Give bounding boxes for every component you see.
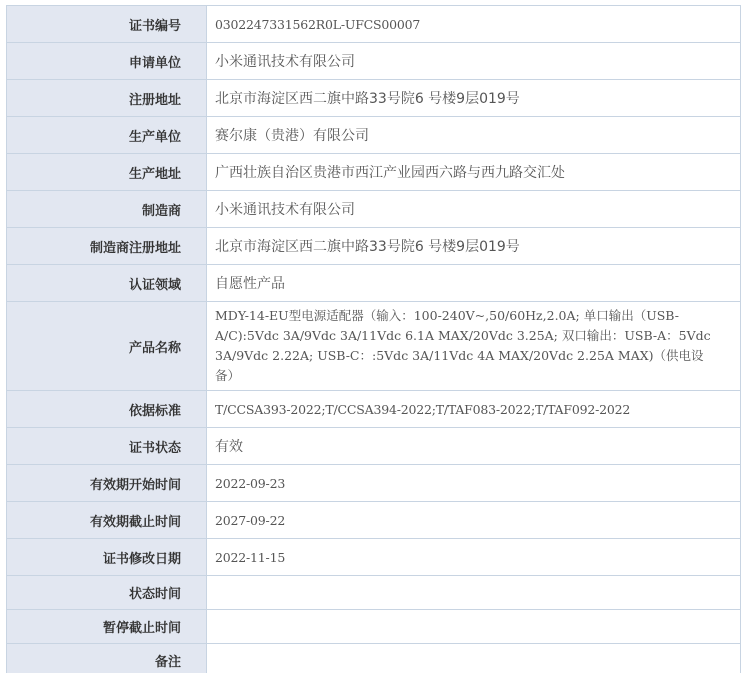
row-valid-from: 有效期开始时间 2022-09-23	[7, 465, 741, 502]
row-applicant: 申请单位 小米通讯技术有限公司	[7, 43, 741, 80]
value-modified-date: 2022-11-15	[207, 539, 741, 576]
label-standards: 依据标准	[7, 391, 207, 428]
row-valid-until: 有效期截止时间 2027-09-22	[7, 502, 741, 539]
label-certificate-status: 证书状态	[7, 428, 207, 465]
label-manufacturer-address: 制造商注册地址	[7, 228, 207, 265]
row-remarks: 备注	[7, 644, 741, 673]
row-product-name: 产品名称 MDY-14-EU型电源适配器（输入：100-240V~,50/60H…	[7, 302, 741, 391]
row-manufacturer: 制造商 小米通讯技术有限公司	[7, 191, 741, 228]
row-certificate-number: 证书编号 0302247331562R0L-UFCS00007	[7, 6, 741, 43]
value-valid-from: 2022-09-23	[207, 465, 741, 502]
label-manufacturer: 制造商	[7, 191, 207, 228]
value-applicant: 小米通讯技术有限公司	[207, 43, 741, 80]
label-suspension-end: 暂停截止时间	[7, 610, 207, 644]
value-standards: T/CCSA393-2022;T/CCSA394-2022;T/TAF083-2…	[207, 391, 741, 428]
row-suspension-end: 暂停截止时间	[7, 610, 741, 644]
value-registered-address: 北京市海淀区西二旗中路33号院6 号楼9层019号	[207, 80, 741, 117]
row-standards: 依据标准 T/CCSA393-2022;T/CCSA394-2022;T/TAF…	[7, 391, 741, 428]
certificate-details-table: 证书编号 0302247331562R0L-UFCS00007 申请单位 小米通…	[6, 5, 741, 673]
value-certification-field: 自愿性产品	[207, 265, 741, 302]
label-production-address: 生产地址	[7, 154, 207, 191]
value-product-name: MDY-14-EU型电源适配器（输入：100-240V~,50/60Hz,2.0…	[207, 302, 741, 391]
value-suspension-end	[207, 610, 741, 644]
row-modified-date: 证书修改日期 2022-11-15	[7, 539, 741, 576]
label-certificate-number: 证书编号	[7, 6, 207, 43]
value-production-address: 广西壮族自治区贵港市西江产业园西六路与西九路交汇处	[207, 154, 741, 191]
label-certification-field: 认证领域	[7, 265, 207, 302]
value-remarks	[207, 644, 741, 673]
label-producer: 生产单位	[7, 117, 207, 154]
row-certificate-status: 证书状态 有效	[7, 428, 741, 465]
label-applicant: 申请单位	[7, 43, 207, 80]
value-manufacturer-address: 北京市海淀区西二旗中路33号院6 号楼9层019号	[207, 228, 741, 265]
label-registered-address: 注册地址	[7, 80, 207, 117]
label-valid-until: 有效期截止时间	[7, 502, 207, 539]
value-valid-until: 2027-09-22	[207, 502, 741, 539]
value-producer: 赛尔康（贵港）有限公司	[207, 117, 741, 154]
value-certificate-status: 有效	[207, 428, 741, 465]
label-status-time: 状态时间	[7, 576, 207, 610]
row-status-time: 状态时间	[7, 576, 741, 610]
label-remarks: 备注	[7, 644, 207, 673]
row-production-address: 生产地址 广西壮族自治区贵港市西江产业园西六路与西九路交汇处	[7, 154, 741, 191]
label-valid-from: 有效期开始时间	[7, 465, 207, 502]
value-manufacturer: 小米通讯技术有限公司	[207, 191, 741, 228]
row-manufacturer-address: 制造商注册地址 北京市海淀区西二旗中路33号院6 号楼9层019号	[7, 228, 741, 265]
label-product-name: 产品名称	[7, 302, 207, 391]
row-producer: 生产单位 赛尔康（贵港）有限公司	[7, 117, 741, 154]
value-certificate-number: 0302247331562R0L-UFCS00007	[207, 6, 741, 43]
row-certification-field: 认证领域 自愿性产品	[7, 265, 741, 302]
row-registered-address: 注册地址 北京市海淀区西二旗中路33号院6 号楼9层019号	[7, 80, 741, 117]
label-modified-date: 证书修改日期	[7, 539, 207, 576]
value-status-time	[207, 576, 741, 610]
